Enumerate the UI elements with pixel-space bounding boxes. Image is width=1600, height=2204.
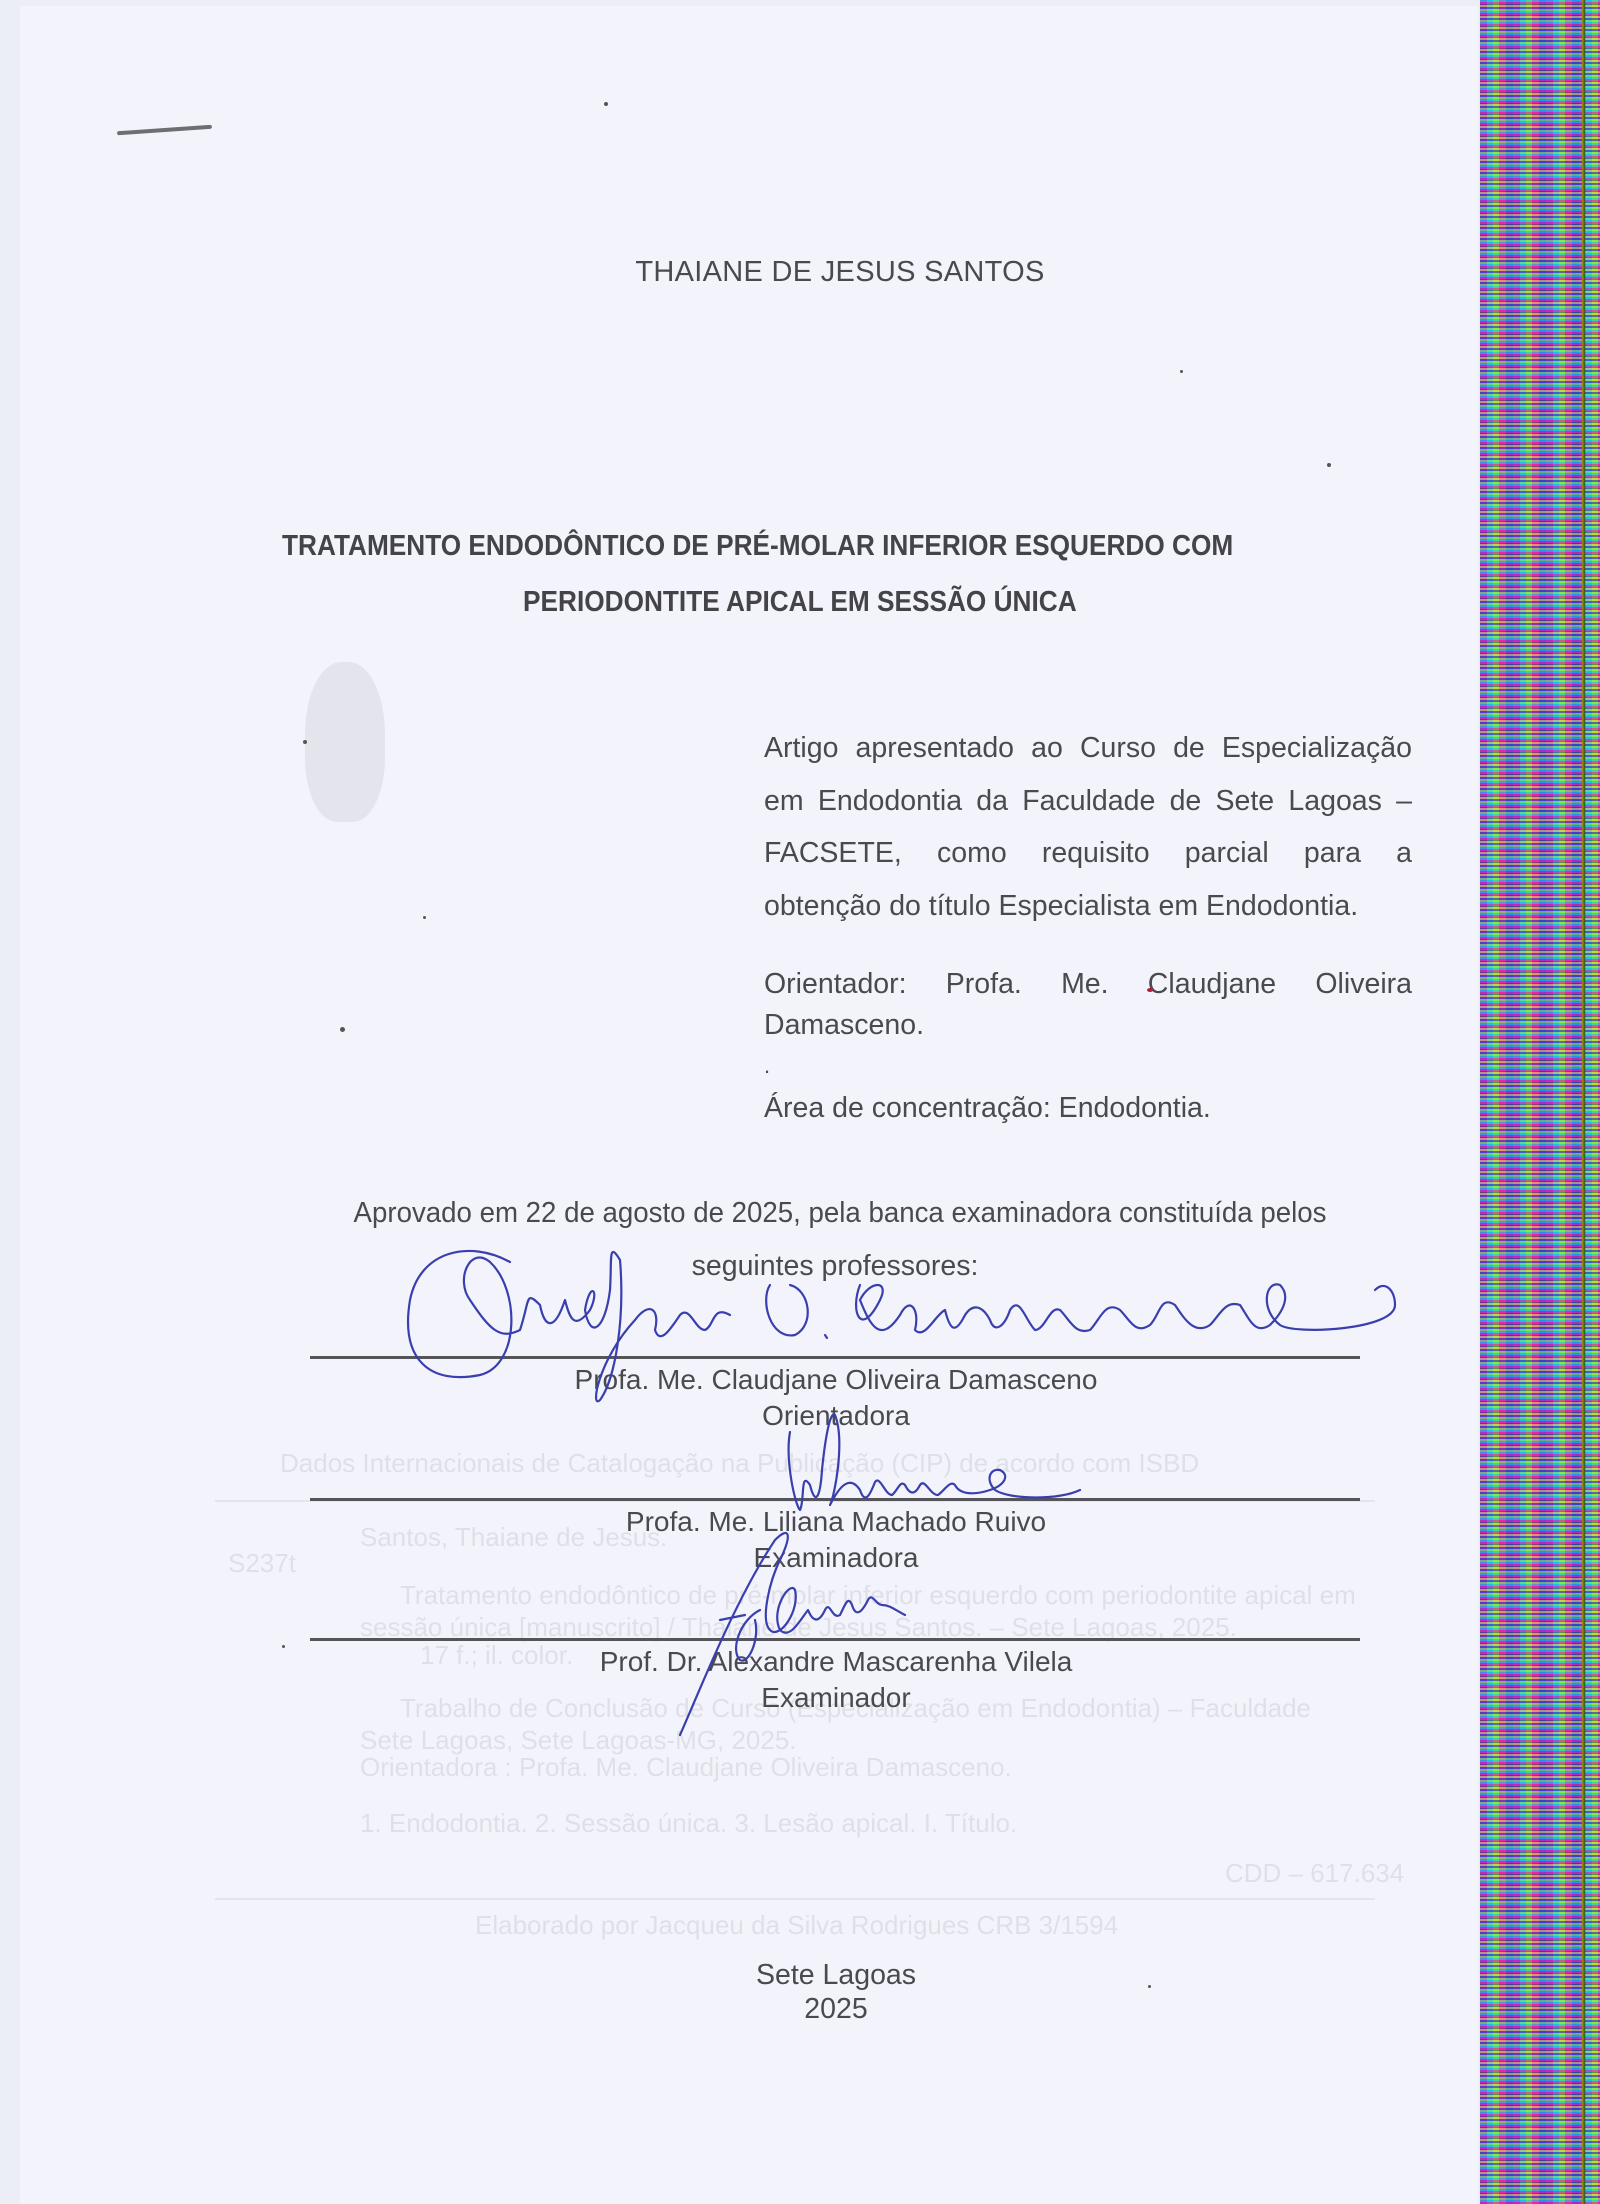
document-title: TRATAMENTO ENDODÔNTICO DE PRÉ-MOLAR INFE… — [282, 518, 1432, 630]
footer-city: Sete Lagoas — [0, 1958, 1600, 1992]
bleed-through-rule — [215, 1898, 1375, 1900]
scan-noise-strip — [1480, 0, 1600, 2204]
signature-line — [310, 1498, 1360, 1501]
document-footer: Sete Lagoas 2025 — [0, 1958, 1600, 2026]
bleed-through-line: 1. Endodontia. 2. Sessão única. 3. Lesão… — [360, 1808, 1017, 1839]
bleed-through-line: Elaborado por Jacqueu da Silva Rodrigues… — [475, 1910, 1118, 1941]
signature-line — [310, 1638, 1360, 1641]
bleed-through-cdd: CDD – 617.634 — [1225, 1858, 1404, 1889]
speck — [1180, 370, 1183, 373]
committee-member-name: Prof. Dr. Alexandre Mascarenha Vilela — [0, 1646, 1600, 1678]
description-line: Artigo apresentado ao Curso de Especiali… — [764, 722, 1412, 775]
bleed-through-line: Orientadora : Profa. Me. Claudjane Olive… — [360, 1752, 1012, 1783]
committee-member-role: Examinadora — [0, 1542, 1600, 1574]
committee-member-role: Orientadora — [0, 1400, 1600, 1432]
course-description: Artigo apresentado ao Curso de Especiali… — [764, 722, 1412, 932]
approval-statement: Aprovado em 22 de agosto de 2025, pela b… — [25, 1197, 1600, 1230]
speck — [604, 102, 608, 106]
description-line: em Endodontia da Faculdade de Sete Lagoa… — [764, 775, 1412, 828]
bleed-through-header: Dados Internacionais de Catalogação na P… — [280, 1448, 1199, 1479]
footer-year: 2025 — [0, 1992, 1600, 2026]
author-name: THAIANE DE JESUS SANTOS — [0, 256, 1600, 289]
concentration-area: Área de concentração: Endodontia. — [764, 1082, 1412, 1135]
speck — [303, 740, 307, 744]
committee-member-role: Examinador — [0, 1682, 1600, 1714]
advisor-line: Orientador: Profa. Me. Claudjane Oliveir… — [764, 964, 1412, 1005]
speck — [1327, 463, 1331, 467]
smudge-mark — [305, 662, 385, 822]
title-line-2: PERIODONTITE APICAL EM SESSÃO ÚNICA — [282, 574, 1432, 630]
description-line: obtenção do título Especialista em Endod… — [764, 880, 1412, 933]
title-line-1: TRATAMENTO ENDODÔNTICO DE PRÉ-MOLAR INFE… — [282, 518, 1432, 574]
signature-line — [310, 1356, 1360, 1359]
speck — [423, 916, 426, 919]
advisor-statement: Orientador: Profa. Me. Claudjane Oliveir… — [764, 964, 1412, 1046]
speck — [282, 1645, 285, 1648]
description-line: FACSETE, como requisito parcial para a — [764, 827, 1412, 880]
speck — [1148, 1985, 1151, 1988]
ink-dot — [1147, 988, 1153, 992]
bleed-through-line: Tratamento endodôntico de pré-molar infe… — [400, 1580, 1356, 1611]
speck — [340, 1027, 345, 1032]
committee-member-name: Profa. Me. Claudjane Oliveira Damasceno — [0, 1364, 1600, 1396]
approval-statement-cont: seguintes professores: — [0, 1250, 1600, 1283]
committee-member-name: Profa. Me. Liliana Machado Ruivo — [0, 1506, 1600, 1538]
